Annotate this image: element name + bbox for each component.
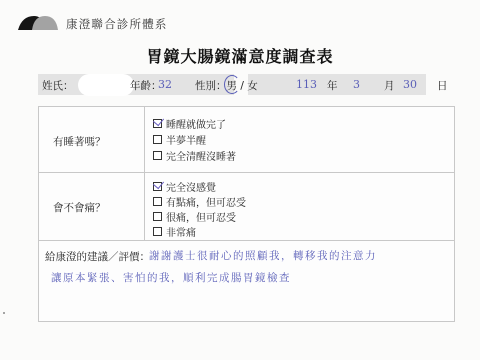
day-value[interactable]: 30 [403,78,417,91]
suggestion-line-1[interactable]: 謝謝護士很耐心的照顧我，轉移我的注意力 [149,248,377,263]
row-divider [39,240,454,241]
suggestion-label: 給康澄的建議／評價： [45,249,150,264]
checkbox-icon[interactable] [153,197,162,206]
checkbox-icon[interactable] [153,212,162,221]
checkbox-checked-icon[interactable] [153,119,162,128]
option-sleep-3[interactable]: 完全清醒沒睡著 [153,148,236,163]
day-label: 日 [437,78,448,93]
option-pain-3[interactable]: 很痛，但可忍受 [153,209,236,224]
scan-speck [3,312,5,314]
gender-selected-circle [224,75,240,94]
checkbox-icon[interactable] [153,135,162,144]
option-sleep-2[interactable]: 半夢半醒 [153,132,206,147]
row-divider [39,172,454,173]
month-label: 月 [384,78,395,93]
name-label: 姓氏： [42,78,74,93]
option-sleep-1[interactable]: 睡醒就做完了 [153,116,226,131]
month-value[interactable]: 3 [353,78,360,91]
checkbox-icon[interactable] [153,227,162,236]
checkbox-checked-icon[interactable] [153,182,162,191]
checkbox-icon[interactable] [153,151,162,160]
question-pain: 會不會痛？ [53,200,106,215]
year-value[interactable]: 113 [296,78,317,91]
organization-name: 康澄聯合診所體系 [66,16,168,32]
option-pain-4[interactable]: 非常痛 [153,224,196,239]
form-title: 胃鏡大腸鏡滿意度調查表 [0,44,480,67]
survey-table: 有睡著嗎？ 睡醒就做完了 半夢半醒 完全清醒沒睡著 會不會痛？ 完全沒感覺 有點… [38,106,455,322]
option-pain-1[interactable]: 完全沒感覺 [153,179,216,194]
age-value[interactable]: 32 [158,78,172,91]
age-label: 年齡： [130,78,162,93]
column-divider [144,107,145,240]
clinic-logo-icon [16,12,60,32]
name-redaction [78,74,134,96]
question-sleep: 有睡著嗎？ [53,134,106,149]
option-pain-2[interactable]: 有點痛，但可忍受 [153,194,246,209]
year-label: 年 [327,78,338,93]
suggestion-line-2[interactable]: 讓原本緊張、害怕的我，順利完成腸胃鏡檢查 [51,270,291,285]
